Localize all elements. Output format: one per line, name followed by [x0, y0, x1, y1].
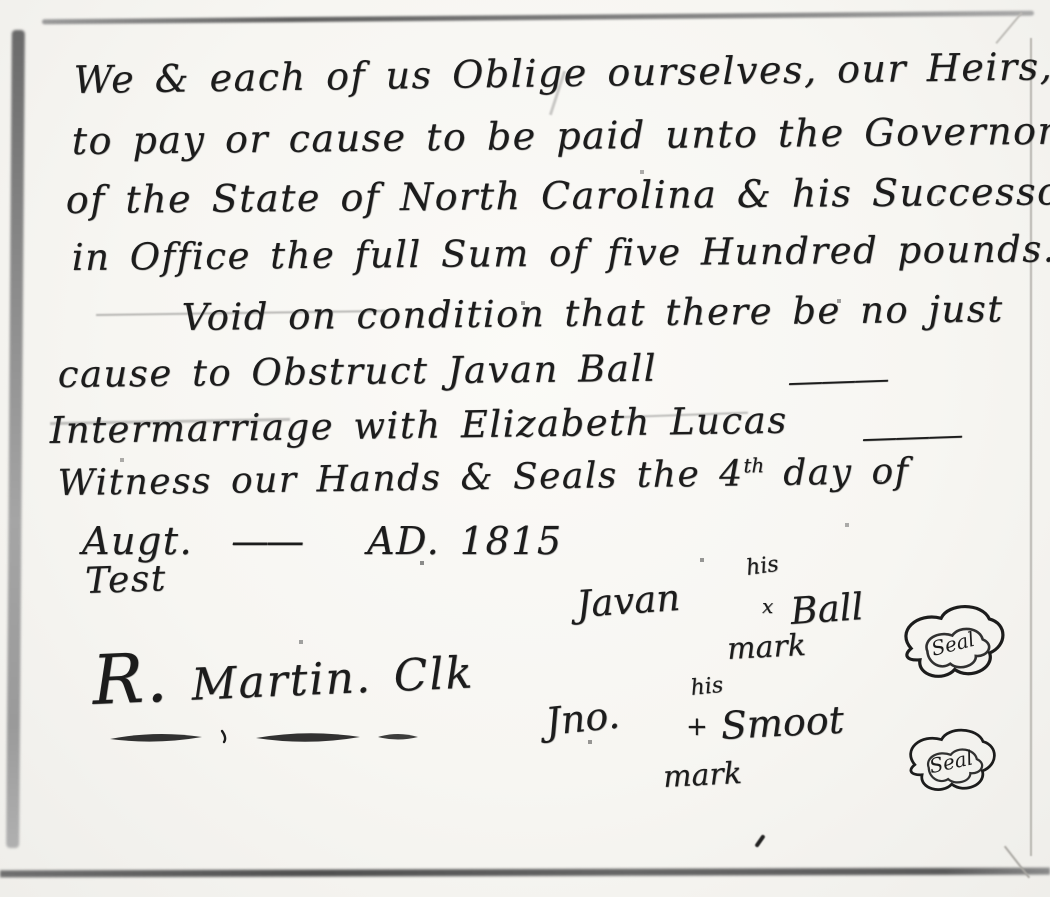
bondsman-first-name: Jno. — [543, 693, 621, 744]
witness-line: Witness our Hands & Seals the 4th day of — [57, 451, 909, 504]
paper-corner-top-right — [995, 12, 1022, 44]
groom-mark-label: mark — [726, 628, 807, 667]
obligation-line-3: of the State of North Carolina & his Suc… — [66, 169, 1050, 222]
obligation-line-2: to pay or cause to be paid unto the Gove… — [72, 109, 1050, 163]
bondsman-mark-symbol: + — [686, 712, 708, 742]
bondsman-mark-label: mark — [662, 756, 743, 795]
bondsman-surname: Smoot — [720, 698, 845, 748]
witness-line-tail: day of — [764, 451, 910, 494]
groom-his-label: his — [745, 552, 781, 581]
date-line: Augt.——AD. 1815 — [82, 519, 563, 563]
document-paper: We & each of us Oblige ourselves, our He… — [0, 0, 1050, 897]
witness-line-text: Witness our Hands & Seals the 4 — [57, 453, 743, 504]
groom-surname: Ball — [789, 585, 865, 633]
date-dash: —— — [231, 519, 301, 563]
paper-edge-left — [6, 30, 25, 848]
witness-line-ordinal: th — [743, 454, 764, 477]
date-year: AD. 1815 — [367, 519, 562, 563]
groom-seal: Seal — [890, 592, 1017, 698]
groom-mark-symbol: x — [762, 594, 773, 618]
bondsman-seal: Seal — [889, 720, 1014, 806]
paper-edge-top — [42, 11, 1034, 25]
condition-line-3: Intermarriage with Elizabeth Lucas — [49, 399, 788, 452]
clerk-signature: R. Martin. Clk — [91, 625, 476, 721]
condition-line-2: cause to Obstruct Javan Ball — [58, 347, 658, 396]
bondsman-his-label: his — [689, 673, 724, 701]
date-month: Augt. — [82, 519, 193, 563]
condition-dash-2: ——— — [861, 419, 961, 455]
ink-tick-mark — [754, 834, 765, 848]
groom-first-name: Javan — [575, 576, 681, 626]
paper-edge-right — [1030, 38, 1032, 856]
test-label: Test — [85, 558, 168, 602]
obligation-line-4: in Office the full Sum of five Hundred p… — [72, 227, 1050, 279]
paper-corner-bottom-right — [1004, 846, 1030, 879]
clerk-flourish-icon — [106, 726, 431, 752]
condition-line-1: Void on condition that there be no just — [182, 287, 1004, 339]
paper-edge-bottom — [0, 868, 1050, 878]
condition-dash-1: ——— — [787, 363, 887, 399]
ink-specks — [0, 0, 2, 2]
